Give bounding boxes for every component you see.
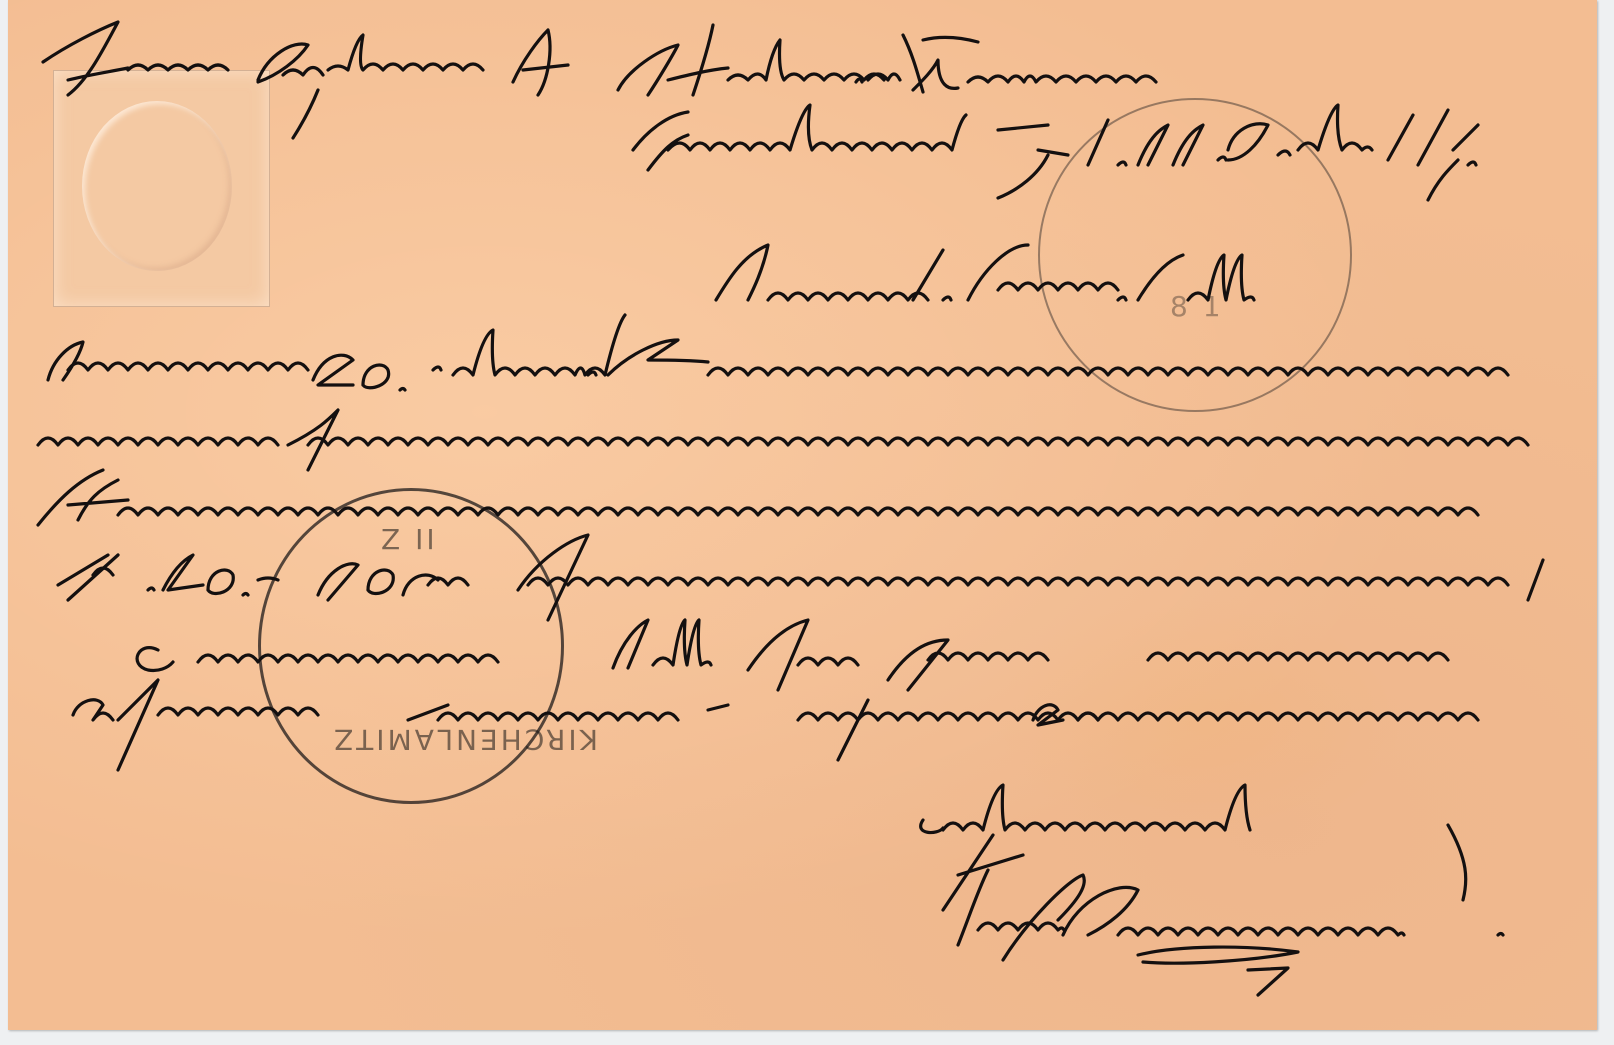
postal-card: Z II KIRCHENLAMITZ 8 1 Herrn Apotheker H… [8, 0, 1597, 1030]
handwriting-strokes [8, 0, 1597, 1030]
